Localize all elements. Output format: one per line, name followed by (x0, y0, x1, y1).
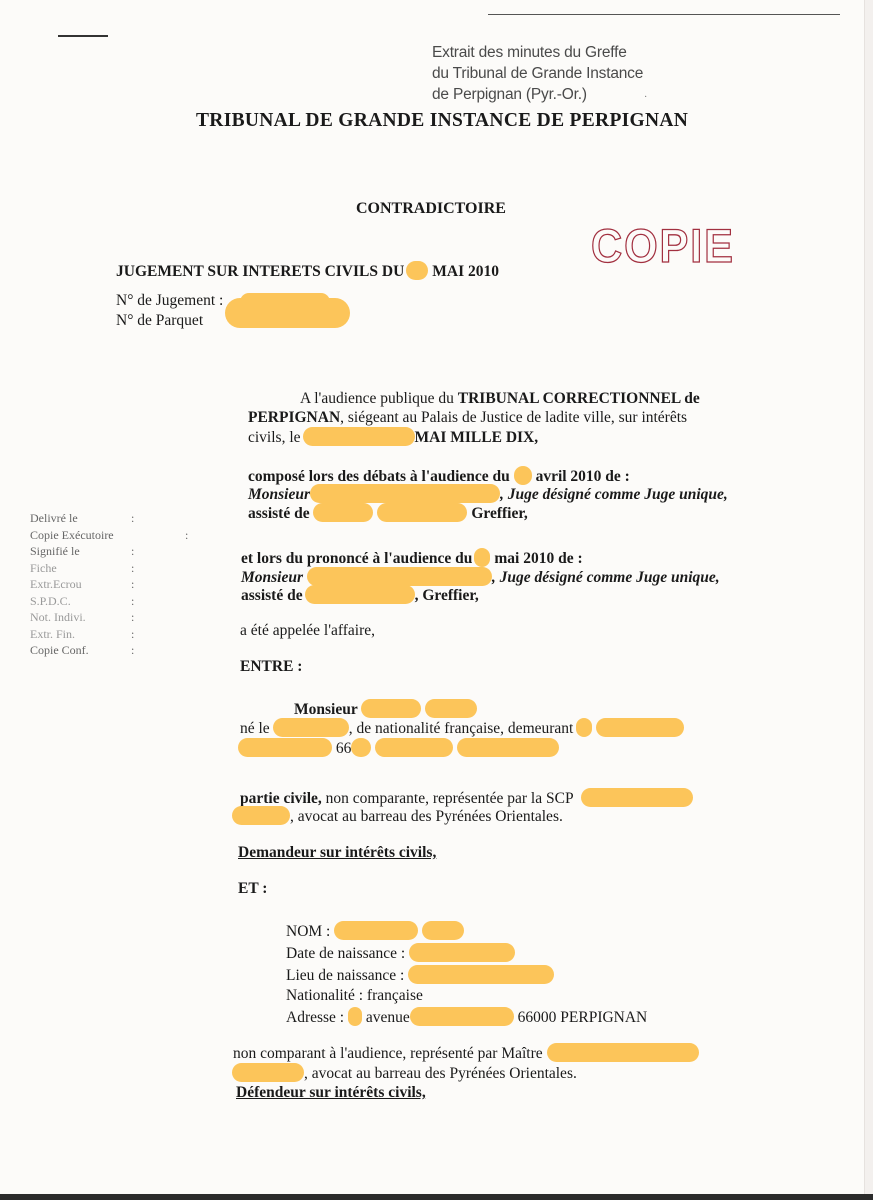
redaction (457, 738, 559, 757)
copie-stamp: COPIE (591, 222, 735, 269)
plaintiff-title: Monsieur (294, 699, 477, 719)
prononce-line: et lors du prononcé à l'audience dumai 2… (241, 548, 583, 568)
margin-field: S.P.D.C.: (30, 593, 190, 610)
margin-fields: Delivré le: Copie Exécutoire: Signifié l… (30, 510, 190, 659)
margin-field: Not. Indivi.: (30, 609, 190, 626)
demandeur-label: Demandeur sur intérêts civils, (238, 843, 436, 862)
top-left-dash (58, 35, 108, 37)
et-heading: ET : (238, 879, 267, 898)
redaction (348, 1007, 362, 1026)
partie-civile-line: partie civile, non comparante, représent… (240, 788, 693, 808)
avocat-line: , avocat au barreau des Pyrénées Orienta… (232, 806, 563, 826)
page-edge (864, 0, 873, 1200)
scanner-bottom-edge (0, 1194, 873, 1200)
redaction (410, 1007, 514, 1026)
defendant-nationality: Nationalité : française (286, 986, 423, 1005)
audience-line-2: PERPIGNAN, siégeant au Palais de Justice… (248, 408, 687, 427)
judge-line-2: Monsieur , Juge désigné comme Juge uniqu… (241, 567, 720, 587)
judgment-title: JUGEMENT SUR INTERETS CIVILS DUMAI 2010 (116, 261, 499, 281)
redaction (232, 806, 290, 825)
redaction (474, 548, 490, 567)
redaction (547, 1043, 699, 1062)
redaction (232, 1063, 304, 1082)
redaction (305, 585, 415, 604)
judge-line: Monsieur, Juge désigné comme Juge unique… (248, 484, 728, 504)
redaction (425, 699, 477, 718)
plaintiff-address: 66 (238, 738, 559, 758)
defendant-birthplace: Lieu de naissance : (286, 965, 554, 985)
redaction (225, 298, 350, 328)
appelee-line: a été appelée l'affaire, (240, 621, 375, 640)
redaction (303, 427, 415, 446)
stamp-line: de Perpignan (Pyr.-Or.) (432, 84, 643, 105)
margin-field: Signifié le: (30, 543, 190, 560)
stamp-line: du Tribunal de Grande Instance (432, 63, 643, 84)
redaction (334, 921, 418, 940)
redaction (307, 567, 492, 586)
margin-field: Extr.Ecrou: (30, 576, 190, 593)
debats-line: composé lors des débats à l'audience du … (248, 466, 630, 486)
parquet-number-label: N° de Parquet (116, 312, 203, 329)
margin-field: Delivré le: (30, 510, 190, 527)
defendant-birthdate: Date de naissance : (286, 943, 515, 963)
redaction (238, 738, 332, 757)
greffe-stamp: Extrait des minutes du Greffe du Tribuna… (432, 42, 643, 105)
judgment-title-prefix: JUGEMENT SUR INTERETS CIVILS DU (116, 263, 404, 280)
redaction (406, 261, 428, 280)
redaction (408, 965, 554, 984)
redaction (351, 738, 371, 757)
judgment-title-suffix: MAI 2010 (432, 263, 499, 280)
judgment-type: CONTRADICTOIRE (356, 200, 506, 218)
redaction (422, 921, 464, 940)
redaction (596, 718, 684, 737)
margin-field: Copie Conf.: (30, 642, 190, 659)
clerk-line: assisté de Greffier, (248, 503, 528, 523)
audience-line-1: A l'audience publique du TRIBUNAL CORREC… (300, 389, 700, 408)
entre-heading: ENTRE : (240, 657, 302, 676)
non-comparant-line: non comparant à l'audience, représenté p… (233, 1043, 699, 1063)
margin-field: Extr. Fin.: (30, 626, 190, 643)
margin-field: Fiche: (30, 560, 190, 577)
judgment-number: N° de Jugement : (116, 292, 223, 310)
redaction (581, 788, 693, 807)
plaintiff-birth: né le, de nationalité française, demeura… (240, 718, 684, 738)
redaction (273, 718, 349, 737)
audience-line-3: civils, leMAI MILLE DIX, (248, 427, 538, 447)
parquet-number: N° de Parquet (116, 312, 203, 330)
redaction (514, 466, 532, 485)
defendeur-label: Défendeur sur intérêts civils, (236, 1083, 426, 1102)
margin-field: Copie Exécutoire: (30, 527, 190, 544)
redaction (576, 718, 592, 737)
redaction (375, 738, 453, 757)
stamp-line: Extrait des minutes du Greffe (432, 42, 643, 63)
stamp-dot: · (644, 92, 647, 103)
redaction (361, 699, 421, 718)
redaction (377, 503, 467, 522)
clerk-line-2: assisté de, Greffier, (241, 585, 479, 605)
redaction (409, 943, 515, 962)
defendant-address: Adresse : avenue 66000 PERPIGNAN (286, 1007, 647, 1027)
avocat-line-2: , avocat au barreau des Pyrénées Orienta… (232, 1063, 577, 1083)
judgment-number-label: N° de Jugement : (116, 292, 223, 309)
redaction (310, 484, 500, 503)
defendant-name: NOM : (286, 921, 464, 941)
court-title: TRIBUNAL DE GRANDE INSTANCE DE PERPIGNAN (196, 110, 688, 132)
top-rule (488, 14, 840, 15)
redaction (313, 503, 373, 522)
